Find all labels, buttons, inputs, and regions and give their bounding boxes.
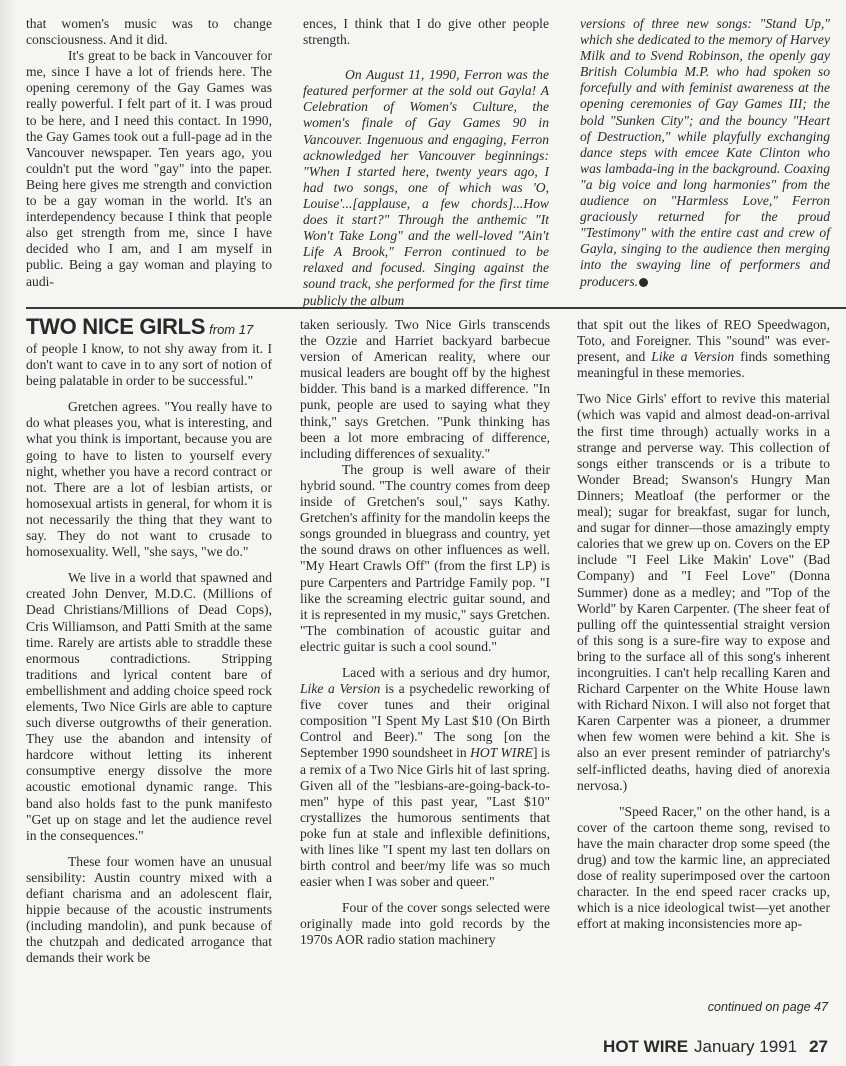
- paragraph-text: versions of three new songs: "Stand Up,"…: [580, 16, 830, 289]
- page-footer: HOT WIREJanuary 199127: [603, 1037, 828, 1057]
- footer-issue-date: January 1991: [694, 1037, 797, 1056]
- album-title: Like a Version: [300, 681, 380, 696]
- jump-from-label: from 17: [209, 322, 253, 337]
- two-nice-girls-column-2: taken seriously. Two Nice Girls transcen…: [300, 317, 550, 949]
- paragraph: We live in a world that spawned and crea…: [26, 570, 272, 844]
- headline-title: TWO NICE GIRLS: [26, 314, 205, 339]
- ferron-article-column-3: versions of three new songs: "Stand Up,"…: [580, 16, 830, 290]
- paragraph: On August 11, 1990, Ferron was the featu…: [303, 67, 549, 308]
- paragraph: The group is well aware of their hybrid …: [300, 462, 550, 655]
- footer-magazine-name: HOT WIRE: [603, 1037, 688, 1056]
- paragraph: that spit out the likes of REO Speedwago…: [577, 317, 830, 381]
- paragraph: These four women have an unusual sensibi…: [26, 854, 272, 967]
- paragraph: Four of the cover songs selected were or…: [300, 900, 550, 948]
- ferron-article-column-1: that women's music was to change conscio…: [26, 16, 272, 290]
- paragraph: ences, I think that I do give other peop…: [303, 16, 549, 48]
- paragraph: Laced with a serious and dry humor, Like…: [300, 665, 550, 890]
- album-title: Like a Version: [651, 349, 734, 364]
- paragraph: "Speed Racer," on the other hand, is a c…: [577, 804, 830, 933]
- text-run: ] is a remix of a Two Nice Girls hit of …: [300, 745, 550, 889]
- section-divider-rule: [26, 307, 846, 309]
- magazine-name: HOT WIRE: [470, 745, 533, 760]
- paragraph: that women's music was to change conscio…: [26, 16, 272, 48]
- article-headline: TWO NICE GIRLSfrom 17: [26, 314, 296, 340]
- paragraph: of people I know, to not shy away from i…: [26, 341, 272, 389]
- paragraph: It's great to be back in Vancouver for m…: [26, 48, 272, 289]
- two-nice-girls-column-3: that spit out the likes of REO Speedwago…: [577, 317, 830, 932]
- page-gutter-shadow: [0, 0, 14, 1066]
- page-number: 27: [809, 1037, 828, 1056]
- paragraph: Two Nice Girls' effort to revive this ma…: [577, 391, 830, 793]
- paragraph: taken seriously. Two Nice Girls transcen…: [300, 317, 550, 462]
- ferron-article-column-2: ences, I think that I do give other peop…: [303, 16, 549, 309]
- text-run: Laced with a serious and dry humor,: [342, 665, 550, 680]
- continued-on-label: continued on page 47: [708, 1000, 828, 1014]
- end-of-article-bullet-icon: [639, 278, 648, 287]
- paragraph: versions of three new songs: "Stand Up,"…: [580, 16, 830, 290]
- paragraph: Gretchen agrees. "You really have to do …: [26, 399, 272, 560]
- two-nice-girls-column-1: of people I know, to not shy away from i…: [26, 341, 272, 966]
